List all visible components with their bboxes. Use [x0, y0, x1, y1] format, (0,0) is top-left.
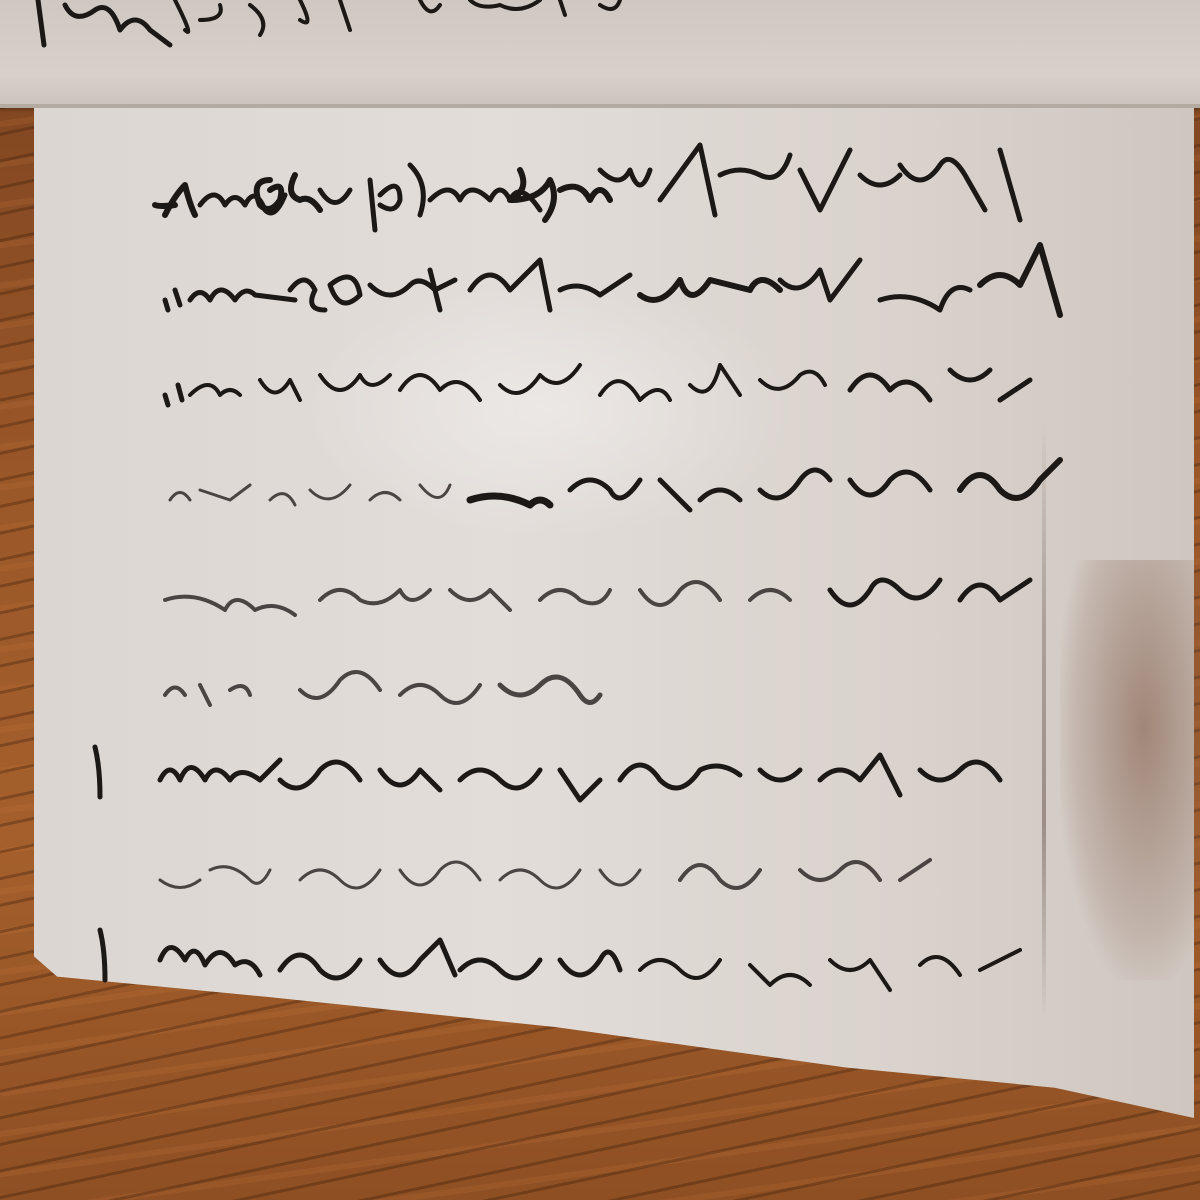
calligraphy-ink-layer	[0, 0, 1200, 1200]
text-line-5	[165, 582, 790, 615]
text-line-4	[170, 485, 450, 505]
top-page-text-line	[38, 0, 620, 45]
text-line-1	[155, 145, 1020, 230]
text-line-8	[160, 860, 930, 888]
text-line-5-right	[830, 580, 1030, 605]
text-line-9	[100, 930, 1020, 990]
text-line-4-bold	[470, 460, 1060, 510]
text-line-7	[95, 747, 1000, 800]
text-line-6	[165, 672, 600, 705]
text-line-3	[165, 365, 1030, 405]
text-line-2	[165, 245, 1060, 315]
